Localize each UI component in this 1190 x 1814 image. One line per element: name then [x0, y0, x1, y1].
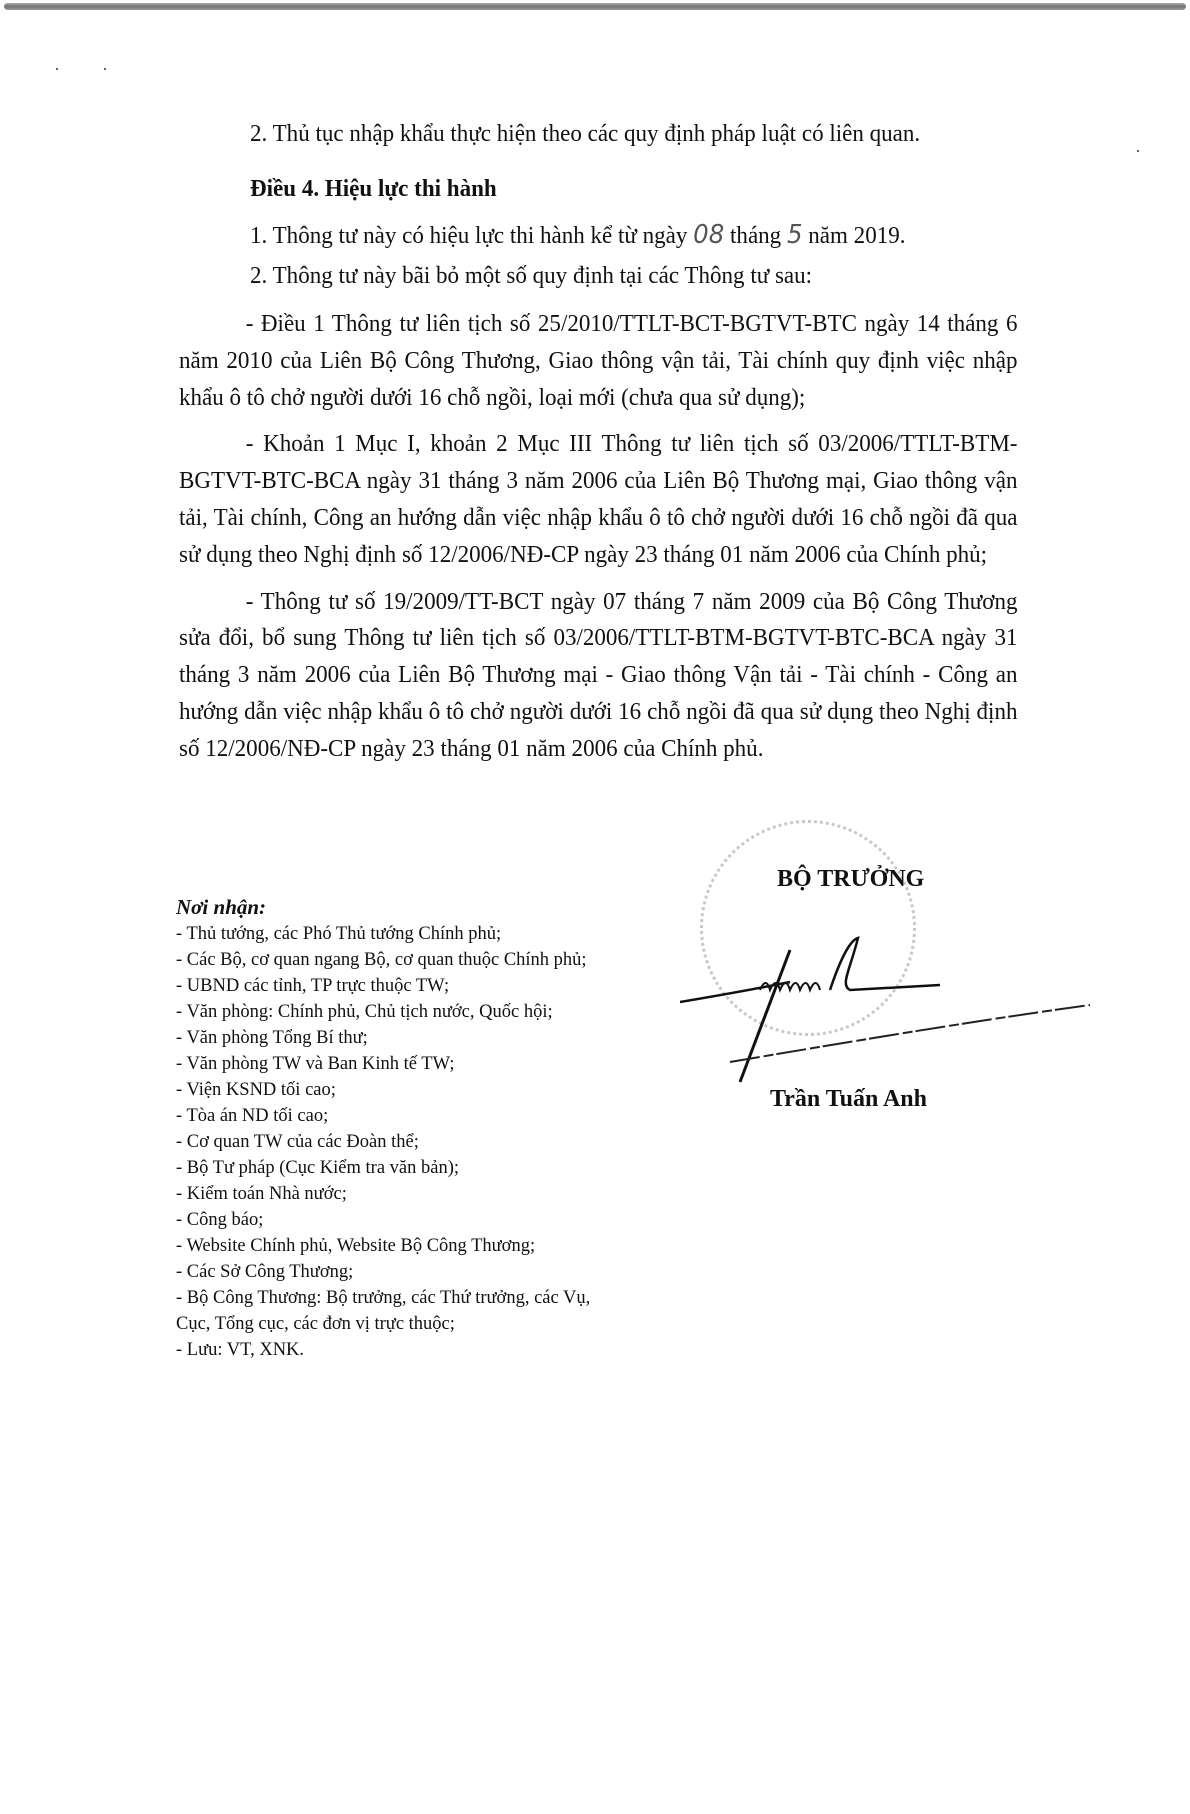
repeal-item: - Điều 1 Thông tư liên tịch số 25/2010/T…	[179, 306, 1017, 416]
signer-name: Trần Tuấn Anh	[770, 1086, 927, 1113]
handwritten-signature-icon	[680, 930, 1100, 1090]
effective-date-line: 1. Thông tư này có hiệu lực thi hành kể …	[250, 220, 906, 250]
recipient-item: - Lưu: VT, XNK.	[176, 1337, 590, 1363]
recipient-item: - Các Bộ, cơ quan ngang Bộ, cơ quan thuộ…	[176, 947, 590, 973]
recipient-item: - Website Chính phủ, Website Bộ Công Thư…	[176, 1233, 590, 1259]
repeal-item: - Khoản 1 Mục I, khoản 2 Mục III Thông t…	[179, 426, 1017, 573]
scan-top-edge	[4, 3, 1186, 10]
repeal-item: - Thông tư số 19/2009/TT-BCT ngày 07 thá…	[179, 584, 1017, 768]
recipient-item: - Văn phòng TW và Ban Kinh tế TW;	[176, 1051, 590, 1077]
recipient-item: - Kiểm toán Nhà nước;	[176, 1181, 590, 1207]
recipient-item: - Bộ Công Thương: Bộ trưởng, các Thứ trư…	[176, 1285, 590, 1311]
recipient-item: Cục, Tổng cục, các đơn vị trực thuộc;	[176, 1311, 590, 1337]
recipient-item: - Viện KSND tối cao;	[176, 1077, 590, 1103]
scan-speck	[56, 68, 58, 70]
recipient-item: - Bộ Tư pháp (Cục Kiểm tra văn bản);	[176, 1155, 590, 1181]
scan-speck	[1137, 150, 1139, 152]
recipient-item: - Các Sở Công Thương;	[176, 1259, 590, 1285]
recipient-item: - Tòa án ND tối cao;	[176, 1103, 590, 1129]
effective-prefix: 1. Thông tư này có hiệu lực thi hành kể …	[250, 222, 687, 249]
effective-month-label: tháng	[730, 222, 781, 249]
repeal-intro: 2. Thông tư này bãi bỏ một số quy định t…	[250, 262, 812, 290]
effective-suffix: năm 2019.	[808, 222, 905, 249]
recipients-block: Nơi nhận: - Thủ tướng, các Phó Thủ tướng…	[176, 893, 590, 1363]
recipient-item: - Thủ tướng, các Phó Thủ tướng Chính phủ…	[176, 921, 590, 947]
clause-2-import: 2. Thủ tục nhập khẩu thực hiện theo các …	[250, 120, 920, 148]
recipient-item: - UBND các tỉnh, TP trực thuộc TW;	[176, 973, 590, 999]
repeal-list: - Điều 1 Thông tư liên tịch số 25/2010/T…	[179, 306, 1017, 768]
effective-month-handwritten: 5	[787, 220, 803, 250]
signer-title: BỘ TRƯỞNG	[777, 866, 924, 893]
recipient-item: - Văn phòng Tổng Bí thư;	[176, 1025, 590, 1051]
recipient-item: - Công báo;	[176, 1207, 590, 1233]
scan-speck	[104, 68, 106, 70]
recipients-title: Nơi nhận:	[176, 893, 590, 921]
effective-day-handwritten: 08	[693, 220, 724, 250]
recipient-item: - Văn phòng: Chính phủ, Chủ tịch nước, Q…	[176, 999, 590, 1025]
recipient-item: - Cơ quan TW của các Đoàn thể;	[176, 1129, 590, 1155]
article-4-heading: Điều 4. Hiệu lực thi hành	[250, 175, 497, 203]
